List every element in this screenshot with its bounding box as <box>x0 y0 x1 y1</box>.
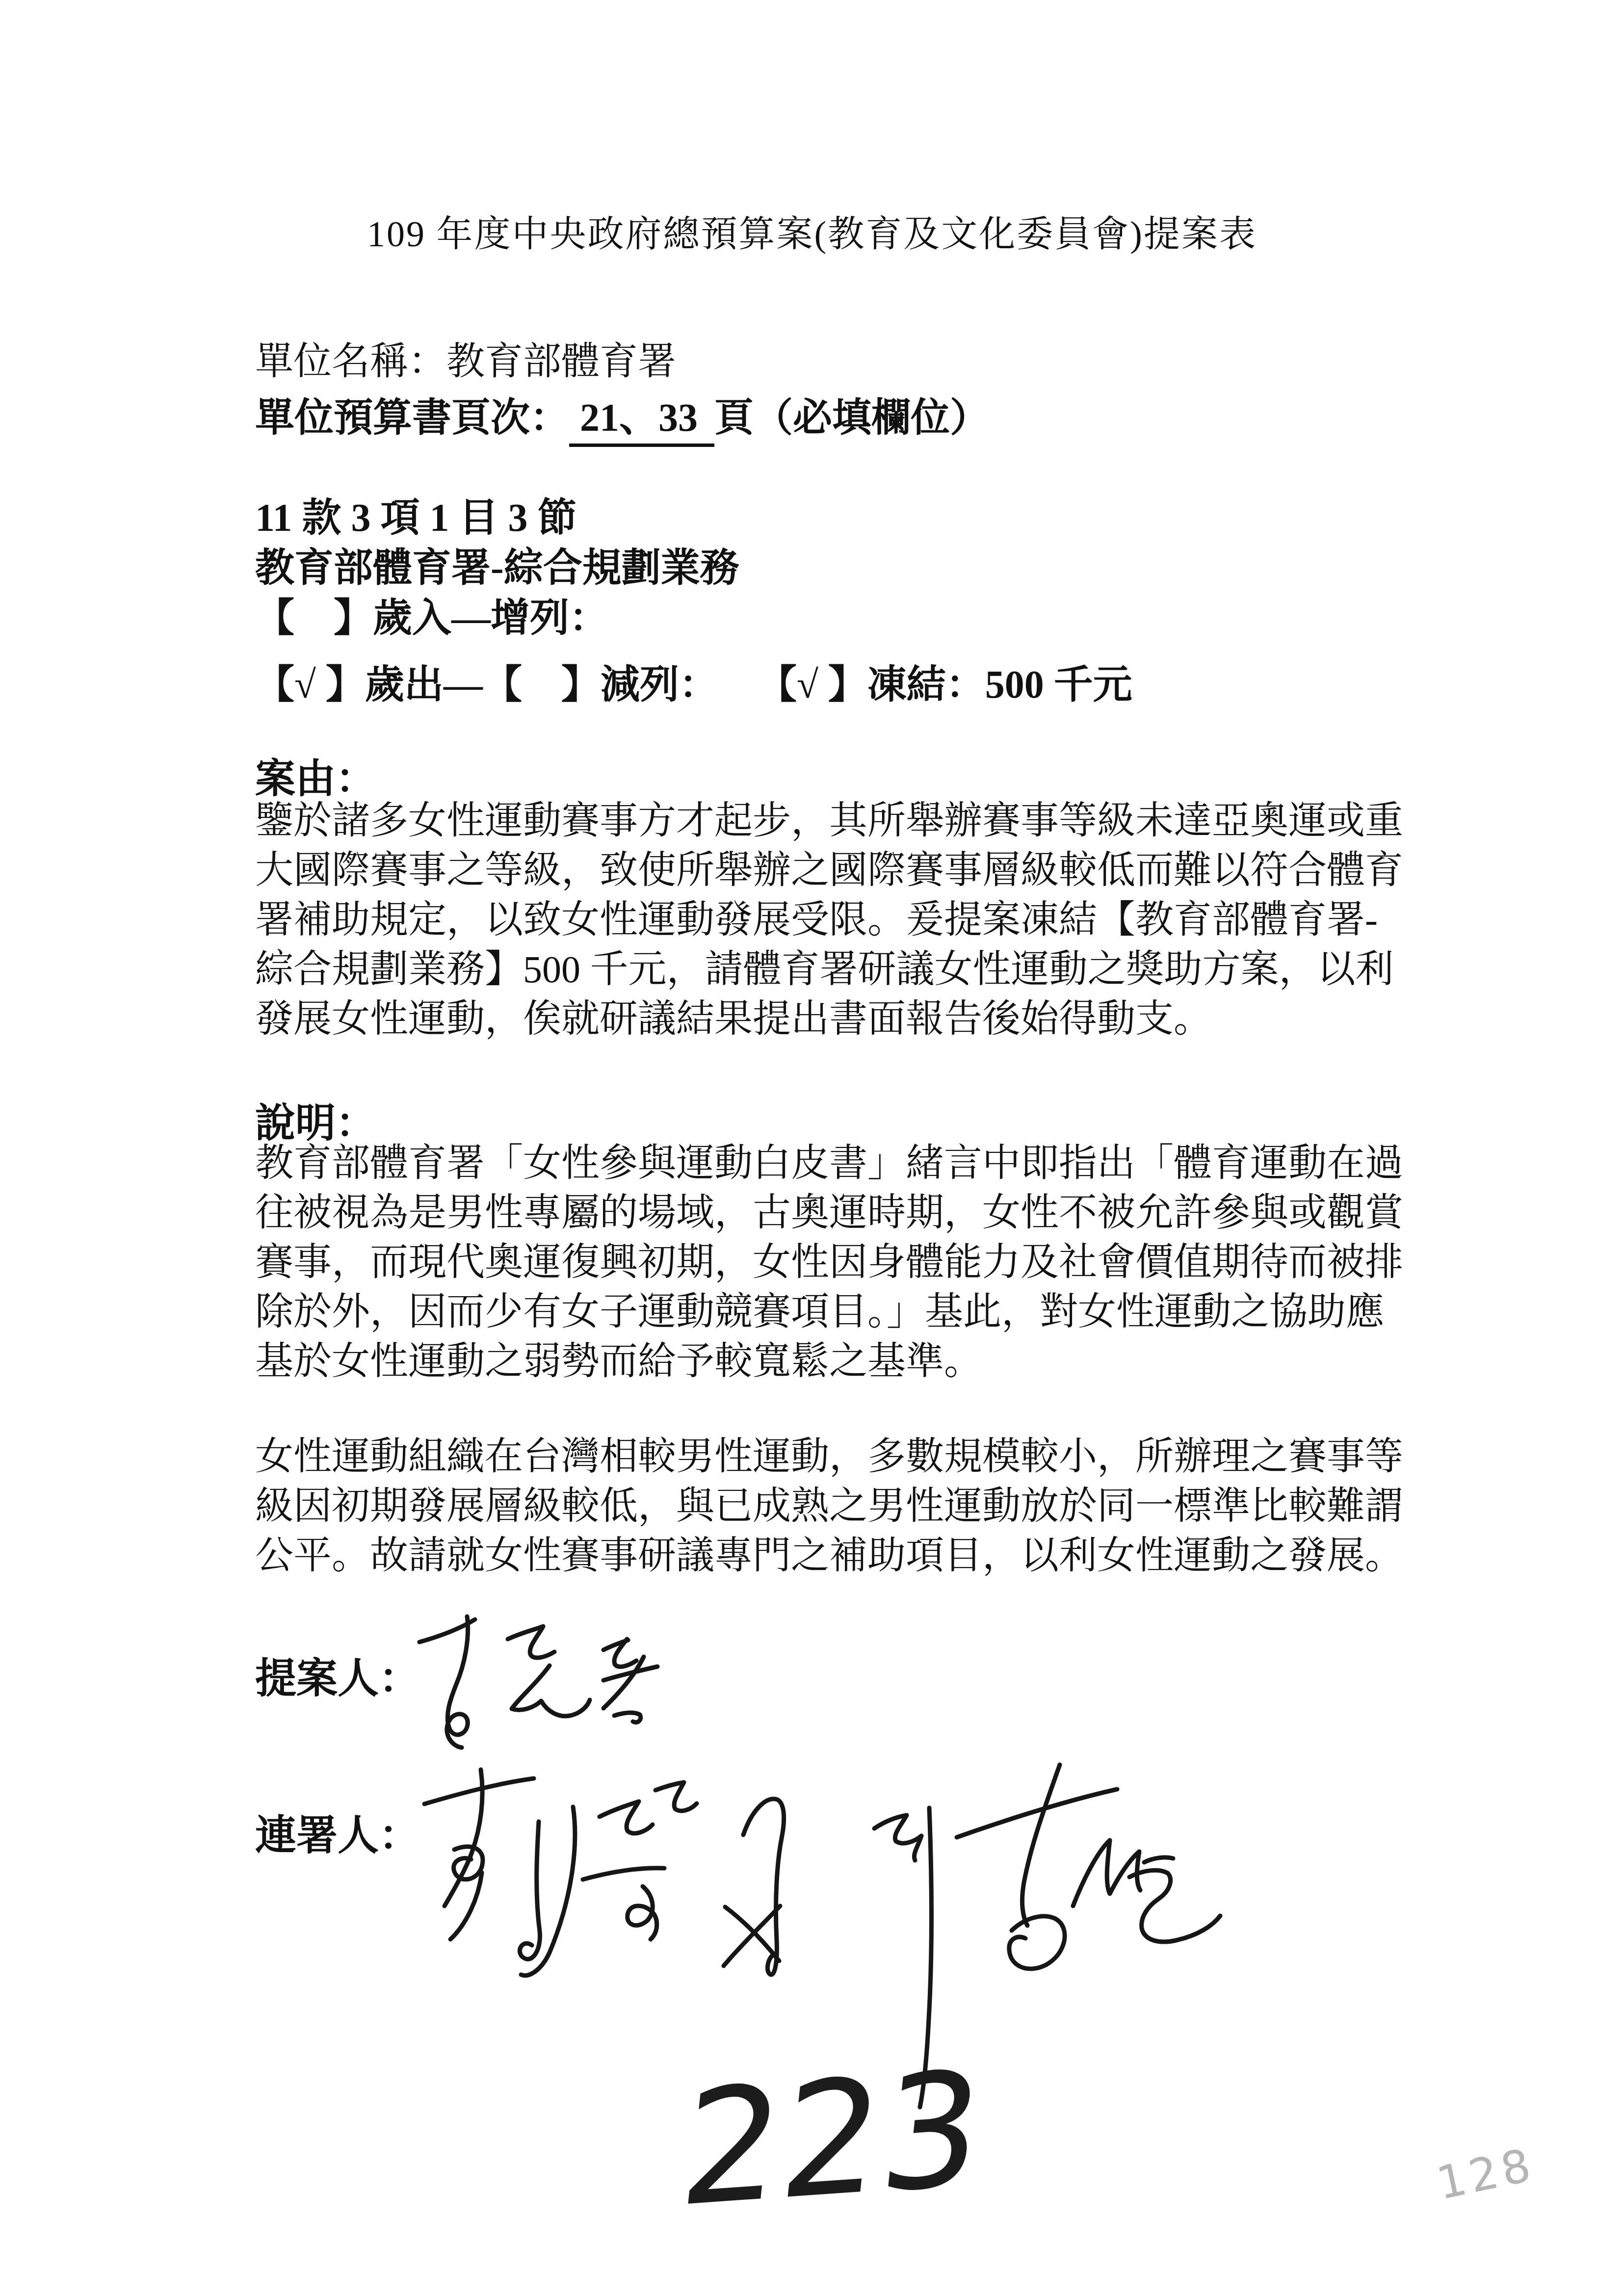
page-ref-value: 21、33 <box>569 396 714 447</box>
cosigner-signature-1 <box>424 1770 697 1976</box>
document-title: 109 年度中央政府總預算案(教育及文化委員會)提案表 <box>0 205 1624 257</box>
corner-page-number: 128 <box>1432 2138 1539 2210</box>
cosigner-label: 連署人： <box>255 1802 420 1862</box>
handwritten-page-number: 223 <box>673 2037 991 2242</box>
unit-name-label: 單位名稱： <box>255 340 446 383</box>
unit-name-line: 單位名稱：教育部體育署 <box>255 331 676 386</box>
explanation-paragraph-2: 女性運動組織在台灣相較男性運動，多數規模較小，所辦理之賽事等 級因初期發展層級較… <box>255 1432 1428 1580</box>
page-ref-label: 單位預算書頁次： <box>255 396 569 440</box>
page-ref-suffix: 頁（必填欄位） <box>714 396 989 440</box>
revenue-checkbox-line: 【 】歲入—增列： <box>255 586 608 642</box>
budget-page-ref-line: 單位預算書頁次：21、33頁（必填欄位） <box>255 386 989 442</box>
budget-name-line: 教育部體育署-綜合規劃業務 <box>255 536 739 592</box>
case-body-paragraph: 鑒於諸多女性運動賽事方才起步，其所舉辦賽事等級未達亞奧運或重 大國際賽事之等級，… <box>255 796 1428 1044</box>
proposer-signature-strokes <box>419 1617 657 1748</box>
expense-freeze-checkbox-line: 【√ 】歲出—【 】減列： 【√ 】凍結：500 千元 <box>255 652 1132 709</box>
scanned-proposal-document: 109 年度中央政府總預算案(教育及文化委員會)提案表 單位名稱：教育部體育署 … <box>0 0 1624 2296</box>
budget-code-line: 11 款 3 項 1 目 3 節 <box>255 486 577 542</box>
unit-name-value: 教育部體育署 <box>446 340 676 383</box>
explanation-paragraph-1: 教育部體育署「女性參與運動白皮書」緒言中即指出「體育運動在過 往被視為是男性專屬… <box>255 1138 1428 1386</box>
